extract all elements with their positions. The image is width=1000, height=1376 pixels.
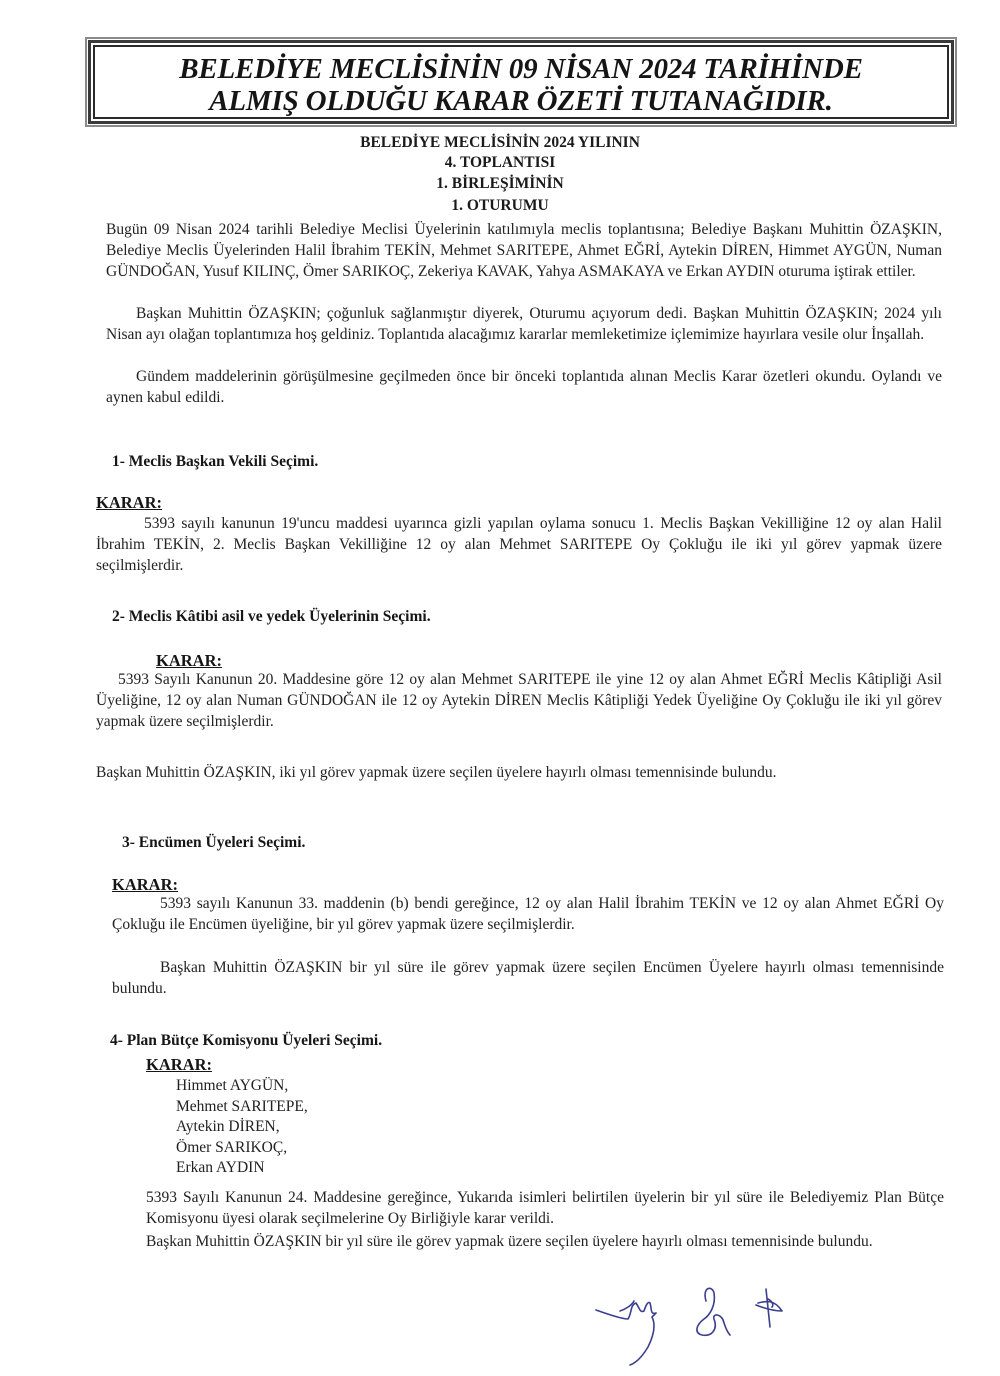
member-name: Mehmet SARITEPE,: [176, 1097, 308, 1118]
opening-paragraph: Başkan Muhittin ÖZAŞKIN; çoğunluk sağlan…: [106, 303, 942, 345]
member-name: Aytekin DİREN,: [176, 1117, 308, 1138]
signatures: [570, 1275, 810, 1370]
subheading-year: BELEDİYE MECLİSİNİN 2024 YILININ: [0, 133, 1000, 153]
item-3-remark: Başkan Muhittin ÖZAŞKIN bir yıl süre ile…: [112, 957, 944, 999]
document-page: BELEDİYE MECLİSİNİN 09 NİSAN 2024 TARİHİ…: [0, 0, 1000, 1376]
subheading-session: 1. OTURUMU: [0, 196, 1000, 216]
item-1-karar-label: KARAR:: [96, 493, 162, 513]
item-1-decision: 5393 sayılı kanunun 19'uncu maddesi uyar…: [96, 513, 942, 576]
signature-3-icon: [756, 1289, 782, 1327]
item-4-decision: 5393 Sayılı Kanunun 24. Maddesine gereği…: [146, 1187, 944, 1229]
document-title: BELEDİYE MECLİSİNİN 09 NİSAN 2024 TARİHİ…: [91, 53, 951, 117]
member-name: Himmet AYGÜN,: [176, 1076, 308, 1097]
title-box: BELEDİYE MECLİSİNİN 09 NİSAN 2024 TARİHİ…: [88, 40, 954, 124]
item-2-karar-label: KARAR:: [156, 651, 222, 671]
item-3-karar-label: KARAR:: [112, 875, 178, 895]
signature-1-icon: [596, 1302, 656, 1365]
item-4-karar-label: KARAR:: [146, 1055, 212, 1075]
item-2-heading: 2- Meclis Kâtibi asil ve yedek Üyelerini…: [112, 607, 431, 627]
member-name: Ömer SARIKOÇ,: [176, 1138, 308, 1159]
item-3-decision: 5393 sayılı Kanunun 33. maddenin (b) ben…: [112, 893, 944, 935]
title-line-1: BELEDİYE MECLİSİNİN 09 NİSAN 2024 TARİHİ…: [91, 53, 951, 85]
signature-2-icon: [697, 1288, 730, 1335]
item-4-remark: Başkan Muhittin ÖZAŞKIN bir yıl süre ile…: [146, 1231, 944, 1252]
subheading-assembly: 1. BİRLEŞİMİNİN: [0, 174, 1000, 194]
item-1-heading: 1- Meclis Başkan Vekili Seçimi.: [112, 452, 318, 472]
title-line-2: ALMIŞ OLDUĞU KARAR ÖZETİ TUTANAĞIDIR.: [91, 85, 951, 117]
item-3-heading: 3- Encümen Üyeleri Seçimi.: [122, 833, 305, 853]
item-2-remark: Başkan Muhittin ÖZAŞKIN, iki yıl görev y…: [96, 762, 942, 783]
member-name: Erkan AYDIN: [176, 1158, 308, 1179]
item-4-heading: 4- Plan Bütçe Komisyonu Üyeleri Seçimi.: [110, 1031, 382, 1051]
plan-budget-members-list: Himmet AYGÜN, Mehmet SARITEPE, Aytekin D…: [176, 1076, 308, 1179]
attendance-paragraph: Bugün 09 Nisan 2024 tarihli Belediye Mec…: [106, 219, 942, 282]
subheading-meeting: 4. TOPLANTISI: [0, 153, 1000, 173]
previous-minutes-paragraph: Gündem maddelerinin görüşülmesine geçilm…: [106, 366, 942, 408]
item-2-decision: 5393 Sayılı Kanunun 20. Maddesine göre 1…: [96, 669, 942, 732]
